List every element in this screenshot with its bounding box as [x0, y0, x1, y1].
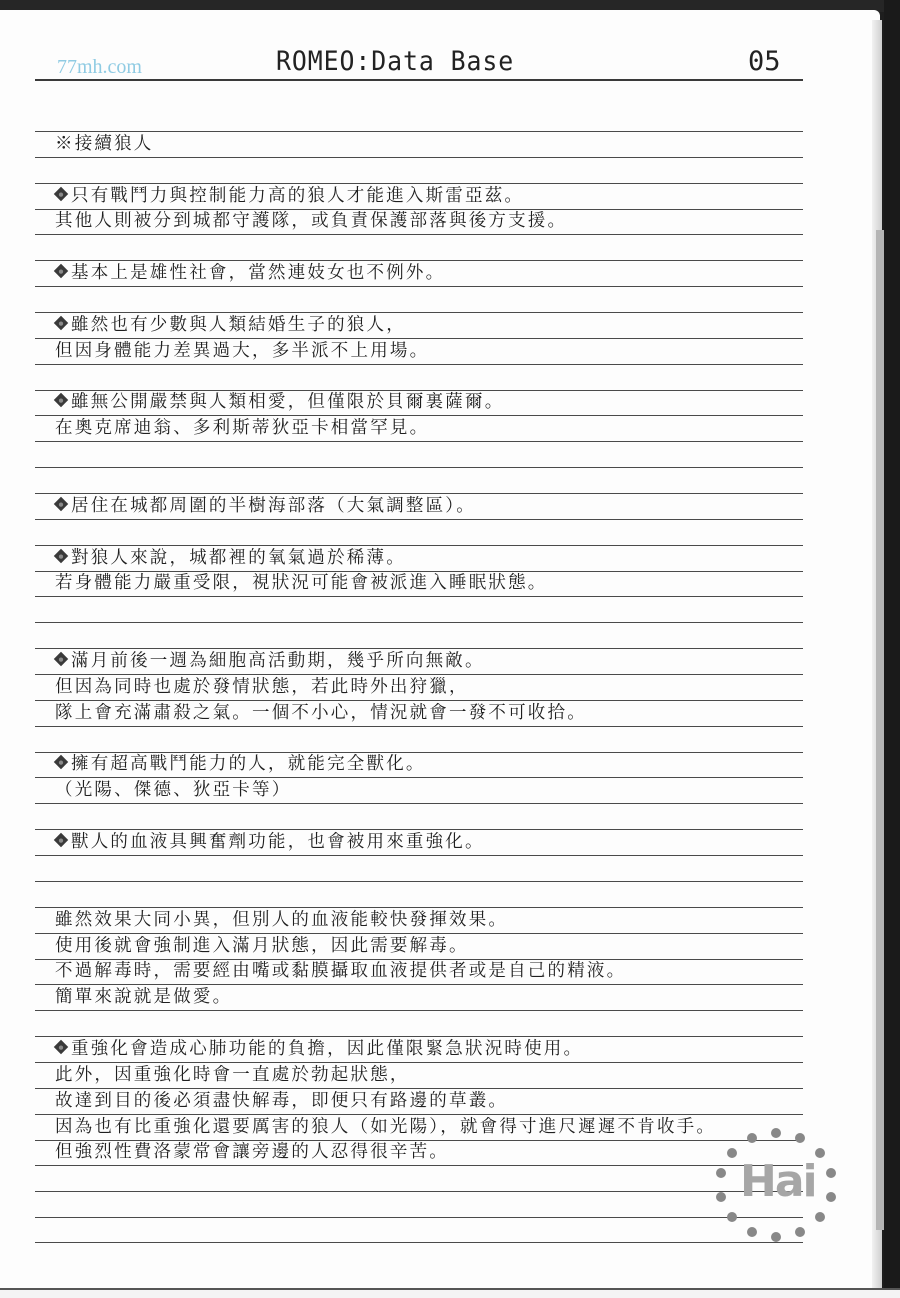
text-line: 雖然效果大同小異，但別人的血液能較快發揮效果。: [35, 907, 803, 933]
stamp-dot-icon: [795, 1227, 805, 1237]
text-line: 故達到目的後必須盡快解毒，即便只有路邊的草叢。: [35, 1088, 803, 1114]
line-text: 居住在城都周圍的半樹海部落（大氣調整區）。: [55, 492, 476, 517]
line-text: 重強化會造成心肺功能的負擔，因此僅限緊急狀況時使用。: [55, 1035, 583, 1060]
text-line: 此外，因重強化時會一直處於勃起狀態，: [35, 1062, 803, 1088]
text-line: 但因為同時也處於發情狀態，若此時外出狩獵，: [35, 674, 803, 700]
text-line: 雖無公開嚴禁與人類相愛，但僅限於貝爾裏薩爾。: [35, 390, 803, 416]
site-watermark: 77mh.com: [57, 56, 142, 79]
line-text-content: 此外，因重強化時會一直處於勃起狀態，: [55, 1065, 410, 1085]
blank-line: [35, 881, 803, 907]
stamp-dot-icon: [716, 1168, 726, 1178]
line-text-content: 隊上會充滿肅殺之氣。一個不小心，情況就會一發不可收拾。: [55, 703, 587, 723]
text-line: 居住在城都周圍的半樹海部落（大氣調整區）。: [35, 493, 803, 519]
diamond-bullet-icon: [54, 548, 68, 562]
line-text: 隊上會充滿肅殺之氣。一個不小心，情況就會一發不可收拾。: [55, 699, 587, 724]
page-title: ROMEO:Data Base: [276, 46, 514, 77]
line-text: 因為也有比重強化還要厲害的狼人（如光陽），就會得寸進尺遲遲不肯收手。: [55, 1113, 716, 1138]
ruled-lines: ※接續狼人只有戰鬥力與控制能力高的狼人才能進入斯雷亞茲。其他人則被分到城都守護隊…: [35, 131, 803, 1243]
blank-line: [35, 1217, 803, 1243]
text-line: 在奧克席迪翁、多利斯蒂狄亞卡相當罕見。: [35, 415, 803, 441]
blank-line: [35, 596, 803, 622]
text-line: ※接續狼人: [35, 131, 803, 157]
blank-line: [35, 286, 803, 312]
blank-line: [35, 441, 803, 467]
line-text-content: 雖無公開嚴禁與人類相愛，但僅限於貝爾裏薩爾。: [71, 392, 504, 412]
line-text: 其他人則被分到城都守護隊，或負責保護部落與後方支援。: [55, 207, 567, 232]
stamp-dot-icon: [747, 1227, 757, 1237]
text-line: 不過解毒時，需要經由嘴或黏膜攝取血液提供者或是自己的精液。: [35, 959, 803, 985]
text-line: 重強化會造成心肺功能的負擔，因此僅限緊急狀況時使用。: [35, 1036, 803, 1062]
line-text: 對狼人來說，城都裡的氧氣過於稀薄。: [55, 544, 406, 569]
line-text: 但因為同時也處於發情狀態，若此時外出狩獵，: [55, 673, 469, 698]
blank-line: [35, 1010, 803, 1036]
line-text-content: 簡單來說就是做愛。: [55, 987, 232, 1007]
line-text: 雖無公開嚴禁與人類相愛，但僅限於貝爾裏薩爾。: [55, 388, 504, 413]
page-edge-shadow-dark: [876, 230, 884, 1230]
line-text-content: 滿月前後一週為細胞高活動期，幾乎所向無敵。: [71, 651, 485, 671]
line-text: 擁有超高戰鬥能力的人，就能完全獸化。: [55, 750, 426, 775]
diamond-bullet-icon: [54, 186, 68, 200]
text-line: 獸人的血液具興奮劑功能，也會被用來重強化。: [35, 829, 803, 855]
blank-line: [35, 364, 803, 390]
line-text-content: 雖然效果大同小異，但別人的血液能較快發揮效果。: [55, 910, 508, 930]
line-text: （光陽、傑德、狄亞卡等）: [55, 776, 291, 801]
line-text: 但強烈性費洛蒙常會讓旁邊的人忍得很辛苦。: [55, 1138, 449, 1163]
text-line: 因為也有比重強化還要厲害的狼人（如光陽），就會得寸進尺遲遲不肯收手。: [35, 1114, 803, 1140]
stamp-logo: Hai: [740, 1155, 812, 1209]
text-line: 對狼人來說，城都裡的氧氣過於稀薄。: [35, 545, 803, 571]
blank-line: [35, 519, 803, 545]
blank-line: [35, 855, 803, 881]
line-text-content: 擁有超高戰鬥能力的人，就能完全獸化。: [71, 754, 426, 774]
line-text: 雖然也有少數與人類結婚生子的狼人，: [55, 311, 406, 336]
line-text: 雖然效果大同小異，但別人的血液能較快發揮效果。: [55, 906, 508, 931]
blank-line: [35, 1191, 803, 1217]
text-line: 若身體能力嚴重受限，視狀況可能會被派進入睡眠狀態。: [35, 571, 803, 597]
blank-line: [35, 726, 803, 752]
text-line: （光陽、傑德、狄亞卡等）: [35, 777, 803, 803]
line-text-content: 故達到目的後必須盡快解毒，即便只有路邊的草叢。: [55, 1091, 508, 1111]
diamond-bullet-icon: [54, 316, 68, 330]
line-text: 若身體能力嚴重受限，視狀況可能會被派進入睡眠狀態。: [55, 569, 548, 594]
line-text-content: ※接續狼人: [55, 134, 154, 154]
diamond-bullet-icon: [54, 833, 68, 847]
line-text-content: 對狼人來說，城都裡的氧氣過於稀薄。: [71, 548, 406, 568]
stamp-dot-icon: [716, 1192, 726, 1202]
blank-line: [35, 157, 803, 183]
line-text-content: 但因為同時也處於發情狀態，若此時外出狩獵，: [55, 677, 469, 697]
line-text-content: 獸人的血液具興奮劑功能，也會被用來重強化。: [71, 832, 485, 852]
line-text: 滿月前後一週為細胞高活動期，幾乎所向無敵。: [55, 647, 485, 672]
text-line: 擁有超高戰鬥能力的人，就能完全獸化。: [35, 752, 803, 778]
diamond-bullet-icon: [54, 1040, 68, 1054]
line-text: 故達到目的後必須盡快解毒，即便只有路邊的草叢。: [55, 1087, 508, 1112]
diamond-bullet-icon: [54, 393, 68, 407]
text-line: 滿月前後一週為細胞高活動期，幾乎所向無敵。: [35, 648, 803, 674]
line-text-content: 若身體能力嚴重受限，視狀況可能會被派進入睡眠狀態。: [55, 573, 548, 593]
scan-right-edge: [884, 0, 900, 1298]
page-number: 05: [748, 46, 781, 77]
line-text-content: 雖然也有少數與人類結婚生子的狼人，: [71, 315, 406, 335]
stamp-dot-icon: [815, 1148, 825, 1158]
stamp-dot-icon: [727, 1212, 737, 1222]
line-text: 在奧克席迪翁、多利斯蒂狄亞卡相當罕見。: [55, 414, 429, 439]
line-text-content: 居住在城都周圍的半樹海部落（大氣調整區）。: [71, 496, 476, 516]
stamp-dot-icon: [826, 1192, 836, 1202]
diamond-bullet-icon: [54, 755, 68, 769]
line-text: 只有戰鬥力與控制能力高的狼人才能進入斯雷亞茲。: [55, 182, 524, 207]
stamp-dot-icon: [747, 1133, 757, 1143]
stamp-dot-icon: [795, 1133, 805, 1143]
line-text-content: 使用後就會強制進入滿月狀態，因此需要解毒。: [55, 936, 469, 956]
diamond-bullet-icon: [54, 264, 68, 278]
text-line: 但因身體能力差異過大，多半派不上用場。: [35, 338, 803, 364]
line-text: 但因身體能力差異過大，多半派不上用場。: [55, 337, 429, 362]
text-line: 基本上是雄性社會，當然連妓女也不例外。: [35, 260, 803, 286]
text-line: 只有戰鬥力與控制能力高的狼人才能進入斯雷亞茲。: [35, 183, 803, 209]
text-line: 簡單來說就是做愛。: [35, 984, 803, 1010]
line-text-content: 其他人則被分到城都守護隊，或負責保護部落與後方支援。: [55, 211, 567, 231]
blank-line: [35, 622, 803, 648]
line-text-content: 基本上是雄性社會，當然連妓女也不例外。: [71, 263, 445, 283]
stamp-dot-icon: [771, 1232, 781, 1242]
text-line: 其他人則被分到城都守護隊，或負責保護部落與後方支援。: [35, 209, 803, 235]
line-text: 此外，因重強化時會一直處於勃起狀態，: [55, 1061, 410, 1086]
page-bottom-edge: [0, 1288, 900, 1298]
stamp-dot-icon: [771, 1128, 781, 1138]
scanlation-stamp: Hai: [718, 1130, 838, 1245]
line-text: ※接續狼人: [55, 130, 154, 155]
line-text: 使用後就會強制進入滿月狀態，因此需要解毒。: [55, 932, 469, 957]
text-line: 隊上會充滿肅殺之氣。一個不小心，情況就會一發不可收拾。: [35, 700, 803, 726]
line-text-content: 重強化會造成心肺功能的負擔，因此僅限緊急狀況時使用。: [71, 1039, 583, 1059]
line-text: 基本上是雄性社會，當然連妓女也不例外。: [55, 259, 445, 284]
text-line: 但強烈性費洛蒙常會讓旁邊的人忍得很辛苦。: [35, 1140, 803, 1166]
line-text-content: （光陽、傑德、狄亞卡等）: [55, 780, 291, 800]
line-text-content: 但因身體能力差異過大，多半派不上用場。: [55, 341, 429, 361]
text-line: 雖然也有少數與人類結婚生子的狼人，: [35, 312, 803, 338]
stamp-dot-icon: [826, 1168, 836, 1178]
line-text: 不過解毒時，需要經由嘴或黏膜攝取血液提供者或是自己的精液。: [55, 957, 626, 982]
line-text: 簡單來說就是做愛。: [55, 983, 232, 1008]
header-rule: [35, 79, 803, 81]
stamp-dot-icon: [815, 1212, 825, 1222]
line-text-content: 只有戰鬥力與控制能力高的狼人才能進入斯雷亞茲。: [71, 186, 524, 206]
line-text-content: 在奧克席迪翁、多利斯蒂狄亞卡相當罕見。: [55, 418, 429, 438]
blank-line: [35, 234, 803, 260]
stamp-dot-icon: [727, 1148, 737, 1158]
line-text: 獸人的血液具興奮劑功能，也會被用來重強化。: [55, 828, 485, 853]
line-text-content: 不過解毒時，需要經由嘴或黏膜攝取血液提供者或是自己的精液。: [55, 961, 626, 981]
text-line: 使用後就會強制進入滿月狀態，因此需要解毒。: [35, 933, 803, 959]
blank-line: [35, 1165, 803, 1191]
diamond-bullet-icon: [54, 652, 68, 666]
line-text-content: 因為也有比重強化還要厲害的狼人（如光陽），就會得寸進尺遲遲不肯收手。: [55, 1117, 716, 1137]
blank-line: [35, 467, 803, 493]
line-text-content: 但強烈性費洛蒙常會讓旁邊的人忍得很辛苦。: [55, 1142, 449, 1162]
diamond-bullet-icon: [54, 497, 68, 511]
blank-line: [35, 803, 803, 829]
